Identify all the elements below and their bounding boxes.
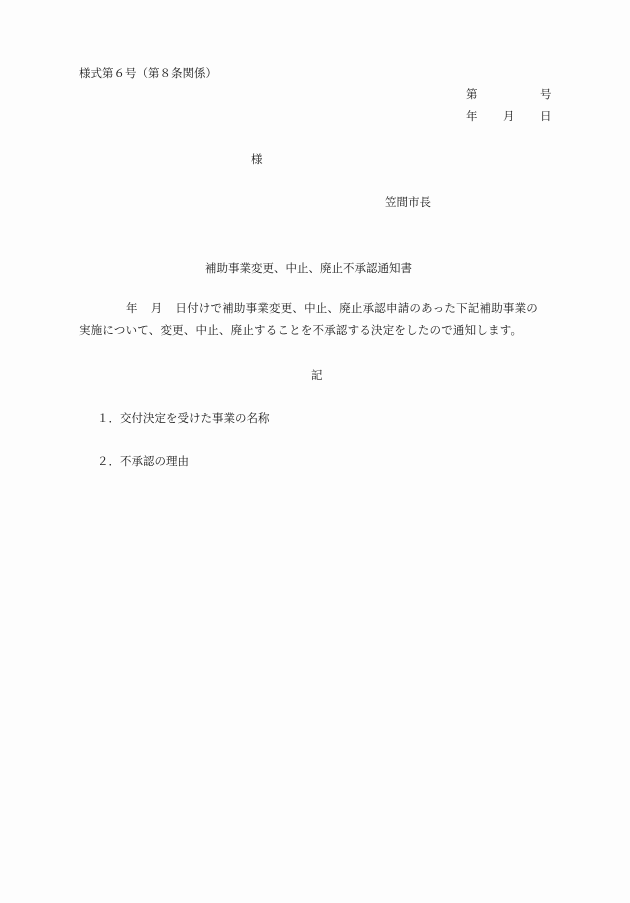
list-item-project-name: １．交付決定を受けた事業の名称 bbox=[97, 413, 270, 425]
body-year-label: 年 bbox=[126, 301, 138, 315]
number-suffix: 号 bbox=[540, 89, 552, 101]
number-prefix: 第 bbox=[466, 89, 478, 101]
date-year-label: 年 bbox=[466, 111, 478, 123]
body-line-1-text: 日付けで補助事業変更、中止、廃止承認申請のあった下記補助事業の bbox=[175, 301, 538, 315]
document-page: 様式第６号（第８条関係） 第 号 年 月 日 様 笠間市長 補助事業変更、中止、… bbox=[0, 0, 630, 903]
sender-name: 笠間市長 bbox=[385, 197, 431, 209]
date-month-label: 月 bbox=[503, 111, 515, 123]
body-paragraph-line-2: 実施について、変更、中止、廃止することを不承認する決定をしたので通知します。 bbox=[79, 325, 522, 337]
document-title: 補助事業変更、中止、廃止不承認通知書 bbox=[205, 263, 412, 275]
body-paragraph-line-1: 年月日付けで補助事業変更、中止、廃止承認申請のあった下記補助事業の bbox=[79, 303, 538, 315]
addressee-suffix: 様 bbox=[251, 154, 263, 166]
body-month-label: 月 bbox=[151, 301, 163, 315]
date-day-label: 日 bbox=[540, 111, 552, 123]
ki-heading: 記 bbox=[311, 370, 323, 382]
form-label: 様式第６号（第８条関係） bbox=[79, 68, 217, 80]
list-item-disapproval-reason: ２．不承認の理由 bbox=[97, 456, 189, 468]
